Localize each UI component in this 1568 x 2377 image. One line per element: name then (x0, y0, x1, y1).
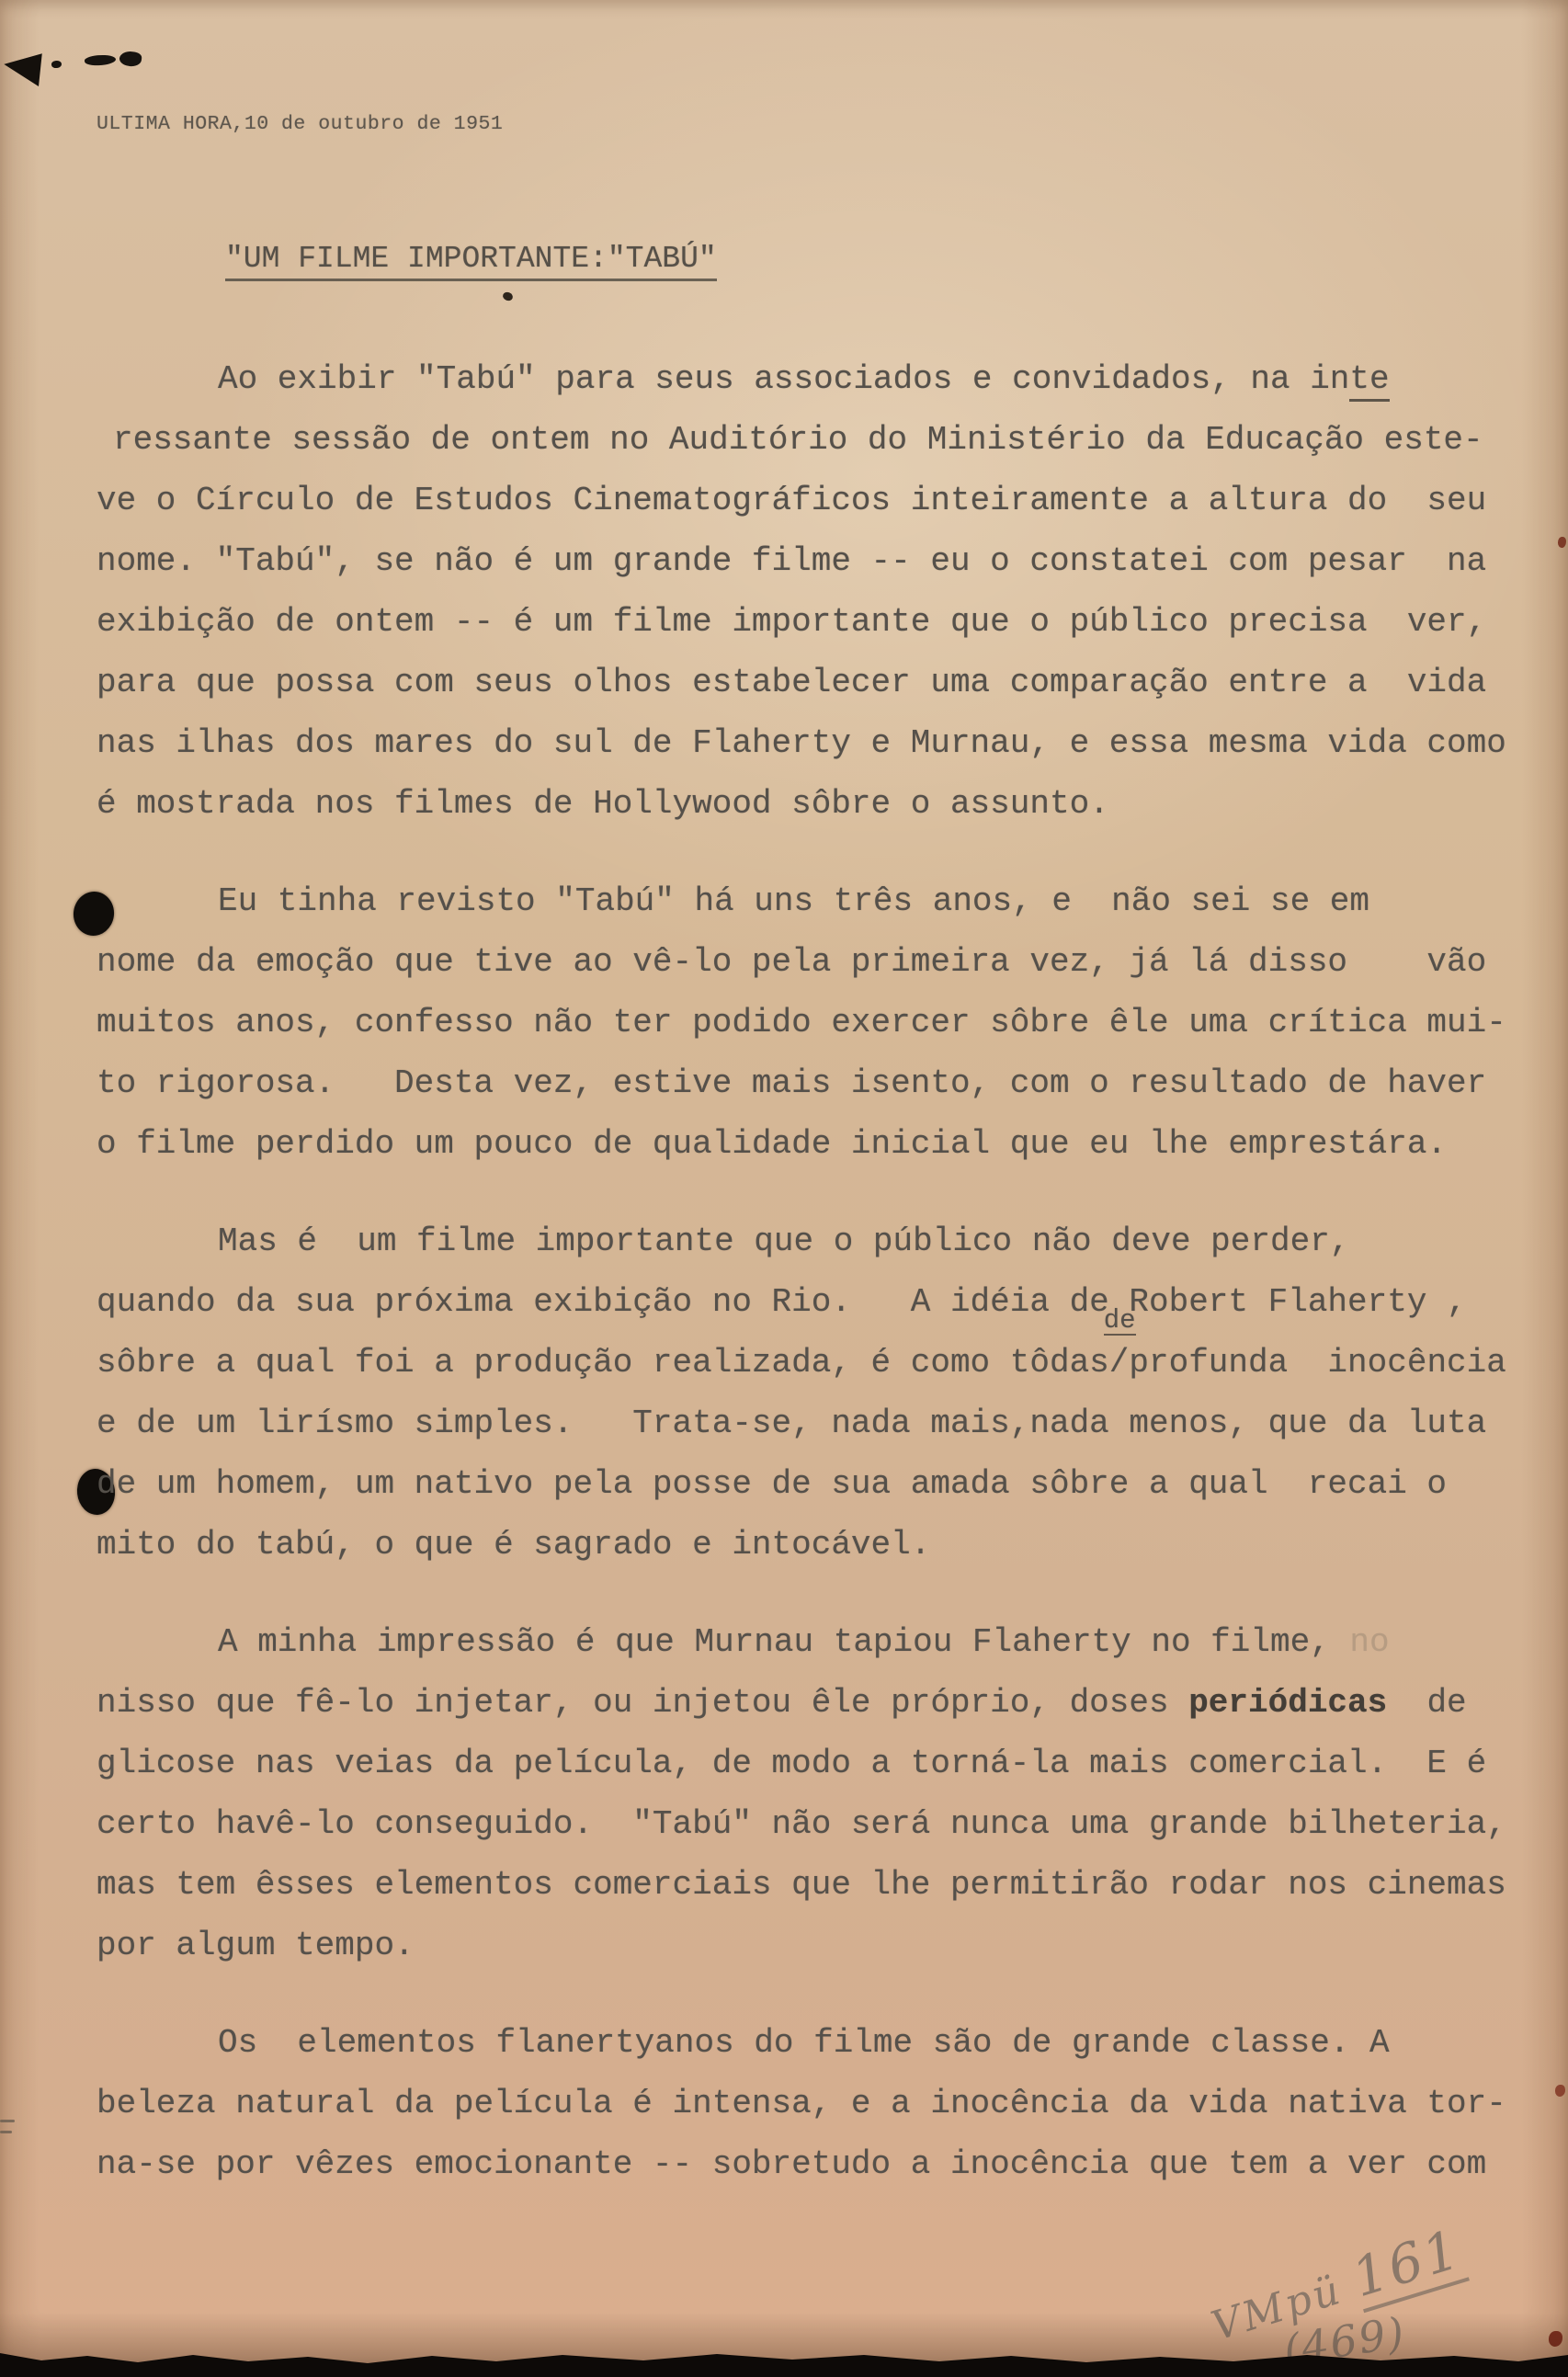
text-line: é mostrada nos filmes de Hollywood sôbre… (97, 774, 1517, 835)
interlinear-insertion: de (1104, 1307, 1136, 1336)
text-line: nisso que fê-lo injetar, ou injetou êle … (97, 1673, 1517, 1734)
overtyped-run: periódicas (1188, 1684, 1387, 1722)
text-line: de um homem, um nativo pela posse de sua… (97, 1454, 1517, 1515)
text-line: beleza natural da película é intensa, e … (97, 2074, 1517, 2134)
text-line: o filme perdido um pouco de qualidade in… (97, 1114, 1517, 1175)
text-line: Os elementos flanertyanos do filme são d… (97, 2013, 1517, 2074)
faded-text-run: no (1330, 1623, 1390, 1661)
text-line: to rigorosa. Desta vez, estive mais isen… (97, 1053, 1517, 1114)
text-line: certo havê-lo conseguido. "Tabú" não ser… (97, 1794, 1517, 1855)
text-line: Ao exibir "Tabú" para seus associados e … (97, 349, 1517, 410)
text-line: ressante sessão de ontem no Auditório do… (97, 410, 1517, 471)
ink-smudge-top-left (2, 50, 42, 86)
torn-bottom-edge (0, 2348, 1568, 2377)
text-run: / (1109, 1344, 1130, 1382)
text-line: muitos anos, confesso não ter podido exe… (97, 993, 1517, 1053)
text-run: nisso que fê-lo injetar, ou injetou êle … (97, 1684, 1188, 1722)
masthead-line: ULTIMA HORA,10 de outubro de 1951 (97, 108, 1517, 140)
pencil-mark (0, 2131, 12, 2133)
underlined-run: te (1349, 360, 1389, 402)
text-line: para que possa com seus olhos estabelece… (97, 653, 1517, 713)
article-title: "UM FILME IMPORTANTE:"TABÚ" (225, 241, 1517, 278)
text-run: profunda inocência (1129, 1344, 1506, 1382)
text-run: Ao exibir "Tabú" para seus associados e … (218, 360, 1349, 398)
text-line: A minha impressão é que Murnau tapiou Fl… (97, 1612, 1517, 1673)
text-line: ve o Círculo de Estudos Cinematográficos… (97, 471, 1517, 531)
text-line: quando da sua próxima exibição no Rio. A… (97, 1272, 1517, 1333)
paper-stain (1558, 537, 1566, 548)
text-line: na-se por vêzes emocionante -- sobretudo… (97, 2134, 1517, 2195)
text-line: exibição de ontem -- é um filme importan… (97, 592, 1517, 653)
article-title-text: "UM FILME IMPORTANTE:"TABÚ" (225, 242, 717, 281)
pencil-mark (0, 2120, 15, 2122)
text-line: glicose nas veias da película, de modo a… (97, 1734, 1517, 1794)
text-line: Mas é um filme importante que o público … (97, 1211, 1517, 1272)
text-run: A minha impressão é que Murnau tapiou Fl… (218, 1623, 1330, 1661)
text-line: mas tem êsses elementos comerciais que l… (97, 1855, 1517, 1916)
typewritten-content: ULTIMA HORA,10 de outubro de 1951 "UM FI… (97, 0, 1517, 2210)
text-line: sôbre a qual foi a produção realizada, é… (97, 1333, 1517, 1393)
ink-speck (51, 60, 62, 69)
text-line: por algum tempo. (97, 1916, 1517, 1976)
text-line: nas ilhas dos mares do sul de Flaherty e… (97, 713, 1517, 774)
insertion-anchor: de/ (1109, 1344, 1130, 1382)
text-run: sôbre a qual foi a produção realizada, é… (97, 1344, 1109, 1382)
text-line: nome da emoção que tive ao vê-lo pela pr… (97, 932, 1517, 993)
text-line: Eu tinha revisto "Tabú" há uns três anos… (97, 871, 1517, 932)
scanned-document-page: ULTIMA HORA,10 de outubro de 1951 "UM FI… (0, 0, 1568, 2377)
text-line: nome. "Tabú", se não é um grande filme -… (97, 531, 1517, 592)
handwritten-number: 161 (1345, 2217, 1470, 2313)
paper-stain (1555, 2085, 1565, 2097)
text-line: mito do tabú, o que é sagrado e intocáve… (97, 1515, 1517, 1575)
text-run: de (1387, 1684, 1466, 1722)
text-line: e de um lirísmo simples. Trata-se, nada … (97, 1393, 1517, 1454)
